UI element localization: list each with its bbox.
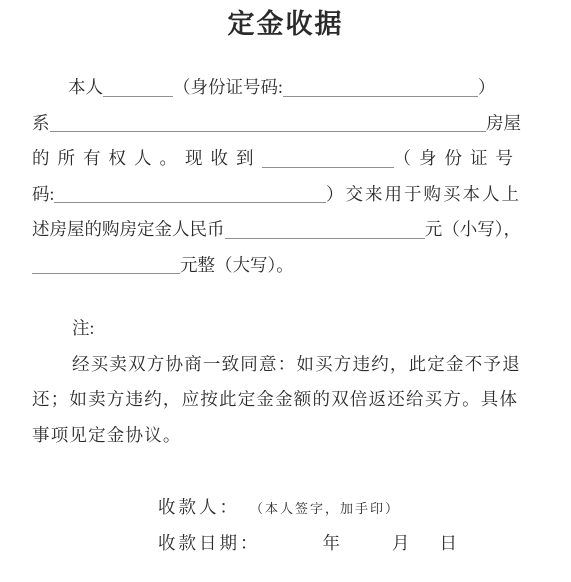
day-label: 日 [440,525,458,561]
note-line-3: 事项见定金协议。 [32,418,521,454]
owner-rights-label: 的所有权人。现收到 [32,141,262,177]
amount-capital-suffix-label: 元整（大写）。 [180,248,294,284]
note-line-1: 经买卖双方协商一致同意：如买方违约，此定金不予退 [32,347,521,383]
payee-line: 收款人： （本人签字，加手印） [32,489,521,525]
property-pre-label: 系 [32,106,50,142]
buyer-id-open-label: （身份证号 [394,141,522,177]
receipt-body: 本人 （身份证号码: ） 系 房屋 的所有权人。现收到 （身份证号 码: ）交来… [32,70,521,283]
blank-buyer-id-number [54,202,326,203]
blank-amount-figures [225,238,425,239]
note-section: 注: 经买卖双方协商一致同意：如买方违约，此定金不予退 还；如卖方违约，应按此定… [32,311,521,453]
blank-amount-capital [32,273,180,274]
month-label: 月 [392,525,410,561]
page-title: 定金收据 [0,2,571,41]
note-label: 注: [32,311,521,347]
line-owner-intro: 本人 （身份证号码: ） [32,70,521,106]
purchase-purpose-label: ）交来用于购买本人上 [326,177,521,213]
line-deposit-amount: 述房屋的购房定金人民币 元（小写）， [32,212,521,248]
buyer-id-code-label: 码: [32,177,54,213]
blank-owner-id-number [283,96,478,97]
signature-section: 收款人： （本人签字，加手印） 收款日期： 年 月 日 [32,489,521,561]
blank-owner-name [103,96,173,97]
deposit-receipt-document: 定金收据 本人 （身份证号码: ） 系 房屋 的所有权人。现收到 （身份证号 码… [0,0,571,582]
date-label: 收款日期： [158,525,261,561]
owner-intro-label: 本人 [68,70,103,106]
line-property: 系 房屋 [32,106,521,142]
line-buyer-id: 码: ）交来用于购买本人上 [32,177,521,213]
payee-label: 收款人： [158,489,240,525]
year-label: 年 [323,525,341,561]
payee-signature-note: （本人签字，加手印） [250,491,400,527]
blank-buyer-name [262,167,394,168]
line-owner-rights: 的所有权人。现收到 （身份证号 [32,141,521,177]
note-line-2: 还；如卖方违约，应按此定金金额的双倍返还给买方。具体 [32,382,521,418]
line-amount-words: 元整（大写）。 [32,248,521,284]
date-line: 收款日期： 年 月 日 [32,525,521,561]
deposit-amount-label: 述房屋的购房定金人民币 [32,212,225,248]
owner-id-label: （身份证号码: [173,70,283,106]
amount-figures-suffix-label: 元（小写）， [425,212,521,248]
owner-id-close-paren: ） [478,70,496,106]
blank-property-address [50,131,487,132]
property-suffix-label: 房屋 [486,106,521,142]
